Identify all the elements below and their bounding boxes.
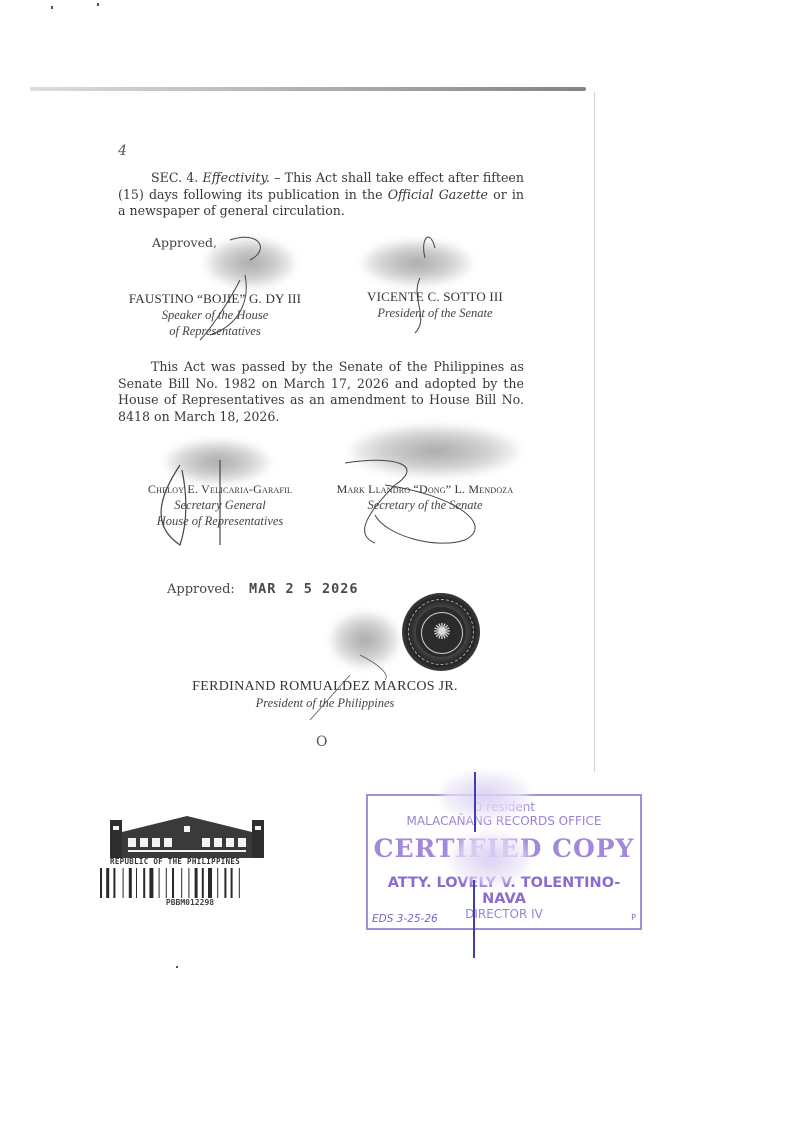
signatory-title: Speaker of the House bbox=[110, 307, 320, 323]
signatory-title-2: of Representatives bbox=[110, 323, 320, 339]
president-name: FERDINAND ROMUALDEZ MARCOS JR. bbox=[150, 679, 500, 695]
signatory-name: Mark Llandro “Dong” L. Mendoza bbox=[320, 482, 530, 497]
passage-note-text: This Act was passed by the Senate of the… bbox=[118, 359, 524, 424]
signatory-president: FERDINAND ROMUALDEZ MARCOS JR. President… bbox=[150, 679, 500, 711]
end-mark: O bbox=[316, 734, 327, 750]
palace-caption: REPUBLIC OF THE PHILIPPINES bbox=[110, 857, 266, 866]
redacted-stamp-middle bbox=[450, 832, 530, 886]
ink-signature-stroke-2 bbox=[473, 880, 475, 958]
malacanang-palace-logo bbox=[108, 812, 266, 858]
approved-label: Approved: bbox=[167, 582, 235, 597]
signatory-title: Secretary General bbox=[130, 497, 310, 513]
section-title: Effectivity. bbox=[203, 170, 270, 185]
signatory-name: FAUSTINO “BOJIE” G. DY III bbox=[110, 291, 320, 307]
barcode-number: PBBM012298 bbox=[150, 898, 230, 907]
section-number: SEC. 4. bbox=[151, 170, 198, 185]
signatory-title-2: House of Representatives bbox=[130, 513, 310, 529]
signatory-name: Cheloy E. Velicaria-Garafil bbox=[130, 482, 310, 497]
signatory-speaker: FAUSTINO “BOJIE” G. DY III Speaker of th… bbox=[110, 291, 320, 339]
signatory-title: President of the Senate bbox=[345, 305, 525, 321]
sun-emblem-icon: ✺ bbox=[421, 612, 463, 654]
signatory-title: Secretary of the Senate bbox=[320, 497, 530, 513]
official-gazette: Official Gazette bbox=[388, 187, 488, 202]
presidential-seal: ✺ bbox=[402, 593, 480, 671]
section-4-paragraph: SEC. 4. Effectivity. – This Act shall ta… bbox=[118, 170, 524, 220]
signatory-secretary-general: Cheloy E. Velicaria-Garafil Secretary Ge… bbox=[130, 482, 310, 529]
page-right-edge bbox=[594, 92, 595, 772]
signature-senate-president bbox=[400, 228, 460, 338]
president-title: President of the Philippines bbox=[150, 695, 500, 711]
passage-note: This Act was passed by the Senate of the… bbox=[118, 359, 524, 425]
approval-date-stamp: MAR 2 5 2026 bbox=[249, 581, 359, 597]
signatory-name: VICENTE C. SOTTO III bbox=[345, 289, 525, 305]
redacted-stamp-top bbox=[440, 772, 530, 820]
ink-signature-stroke bbox=[474, 772, 476, 832]
page-top-edge bbox=[30, 87, 586, 91]
stamp-corner-mark: P bbox=[631, 913, 636, 922]
stamp-initials-date: EDS 3-25-26 bbox=[372, 913, 438, 925]
signatory-senate-secretary: Mark Llandro “Dong” L. Mendoza Secretary… bbox=[320, 482, 530, 513]
page-number: 4 bbox=[118, 143, 127, 159]
barcode bbox=[98, 868, 280, 898]
signatory-senate-president: VICENTE C. SOTTO III President of the Se… bbox=[345, 289, 525, 321]
presidential-approval-line: Approved: MAR 2 5 2026 bbox=[167, 581, 359, 597]
